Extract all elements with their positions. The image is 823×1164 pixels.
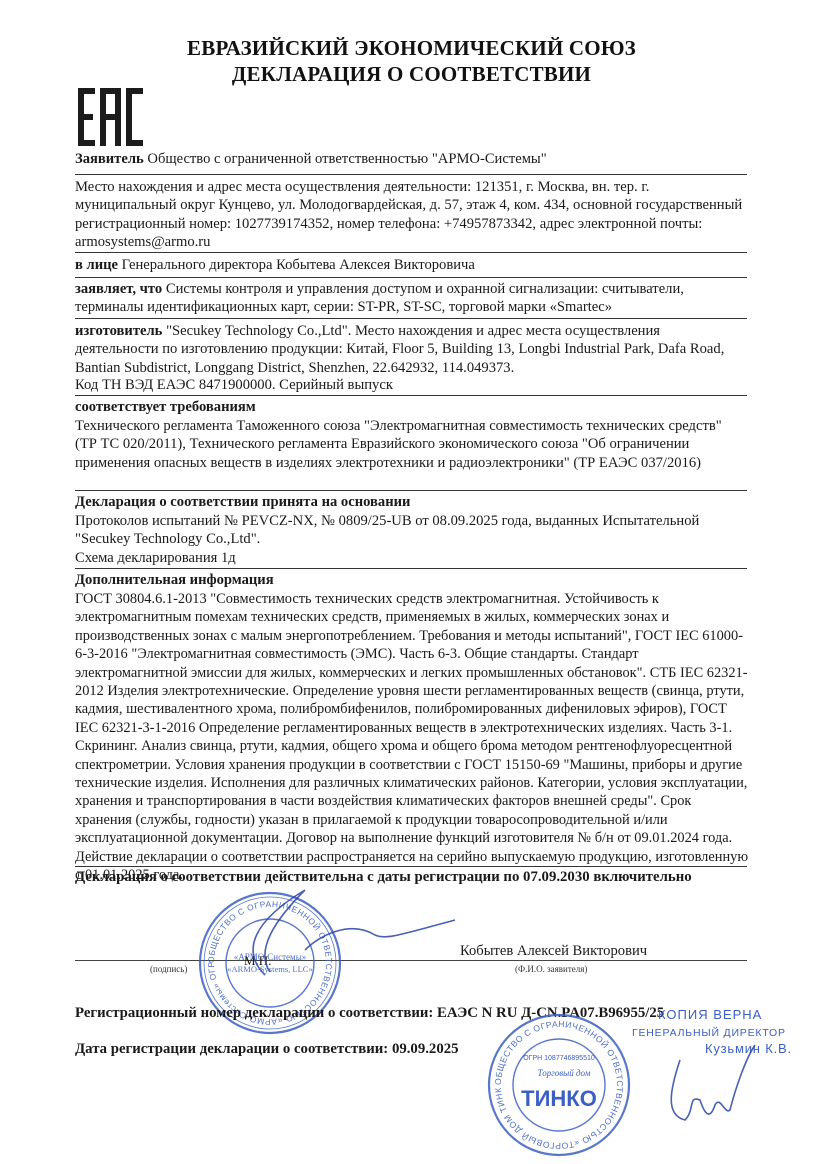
manufacturer-value: "Secukey Technology Co.,Ltd". Место нахо…	[75, 323, 724, 376]
manufacturer-label: изготовитель	[75, 323, 162, 339]
applicant-full-name: Кобытев Алексей Викторович	[460, 942, 720, 960]
divider	[75, 866, 747, 867]
applicant-label: Заявитель	[75, 151, 144, 167]
additional-label: Дополнительная информация	[75, 571, 747, 589]
divider	[75, 490, 747, 491]
registration-number-label: Регистрационный номер декларации о соотв…	[75, 1005, 433, 1021]
basis-label: Декларация о соответствии принята на осн…	[75, 493, 747, 511]
requirements-heading: соответствует требованиям	[75, 399, 256, 415]
manufacturer-block: изготовитель "Secukey Technology Co.,Ltd…	[75, 322, 747, 377]
divider	[75, 174, 747, 175]
eac-logo-icon	[78, 88, 144, 146]
divider	[75, 395, 747, 396]
divider	[75, 277, 747, 278]
svg-text:ТИНКО: ТИНКО	[521, 1086, 597, 1111]
declares-label: заявляет, что	[75, 281, 162, 297]
divider	[75, 318, 747, 319]
basis-heading: Декларация о соответствии принята на осн…	[75, 494, 410, 510]
applicant-row: Заявитель Общество с ограниченной ответс…	[75, 150, 747, 168]
basis-value: Протоколов испытаний № PEVCZ-NX, № 0809/…	[75, 512, 755, 549]
requirements-value: Технического регламента Таможенного союз…	[75, 417, 747, 472]
tn-ved-code: Код ТН ВЭД ЕАЭС 8471900000. Серийный вып…	[75, 376, 747, 394]
requirements-label: соответствует требованиям	[75, 398, 747, 416]
additional-heading: Дополнительная информация	[75, 572, 274, 588]
registration-date-label: Дата регистрации декларации о соответств…	[75, 1041, 388, 1057]
certifier-signature-icon	[650, 1040, 760, 1140]
divider	[75, 252, 747, 253]
represented-by-value: Генерального директора Кобытева Алексея …	[122, 257, 475, 273]
registration-date-value: 09.09.2025	[392, 1041, 459, 1057]
represented-by-row: в лице Генерального директора Кобытева А…	[75, 256, 747, 274]
union-title: ЕВРАЗИЙСКИЙ ЭКОНОМИЧЕСКИЙ СОЮЗ	[0, 36, 823, 61]
applicant-signature-icon	[145, 880, 475, 980]
registration-date-row: Дата регистрации декларации о соответств…	[75, 1040, 747, 1058]
divider	[75, 568, 747, 569]
tinko-seal-stamp-icon: ОБЩЕСТВО С ОГРАНИЧЕННОЙ ОТВЕТСТВЕННОСТЬЮ…	[484, 1010, 634, 1160]
additional-value: ГОСТ 30804.6.1-2013 "Совместимость техни…	[75, 590, 751, 885]
represented-by-label: в лице	[75, 257, 118, 273]
declares-block: заявляет, что Системы контроля и управле…	[75, 280, 747, 317]
applicant-value: Общество с ограниченной ответственностью…	[147, 151, 546, 167]
address-block: Место нахождения и адрес места осуществл…	[75, 178, 747, 252]
name-caption: (Ф.И.О. заявителя)	[515, 964, 587, 974]
svg-text:Торговый дом: Торговый дом	[538, 1068, 591, 1078]
declares-value: Системы контроля и управления доступом и…	[75, 281, 684, 315]
svg-text:ОГРН 1087746895510: ОГРН 1087746895510	[523, 1055, 595, 1062]
document-title: ДЕКЛАРАЦИЯ О СООТВЕТСТВИИ	[0, 62, 823, 87]
declaration-scheme: Схема декларирования 1д	[75, 549, 747, 567]
copy-certified-label: КОПИЯ ВЕРНА	[658, 1006, 818, 1024]
